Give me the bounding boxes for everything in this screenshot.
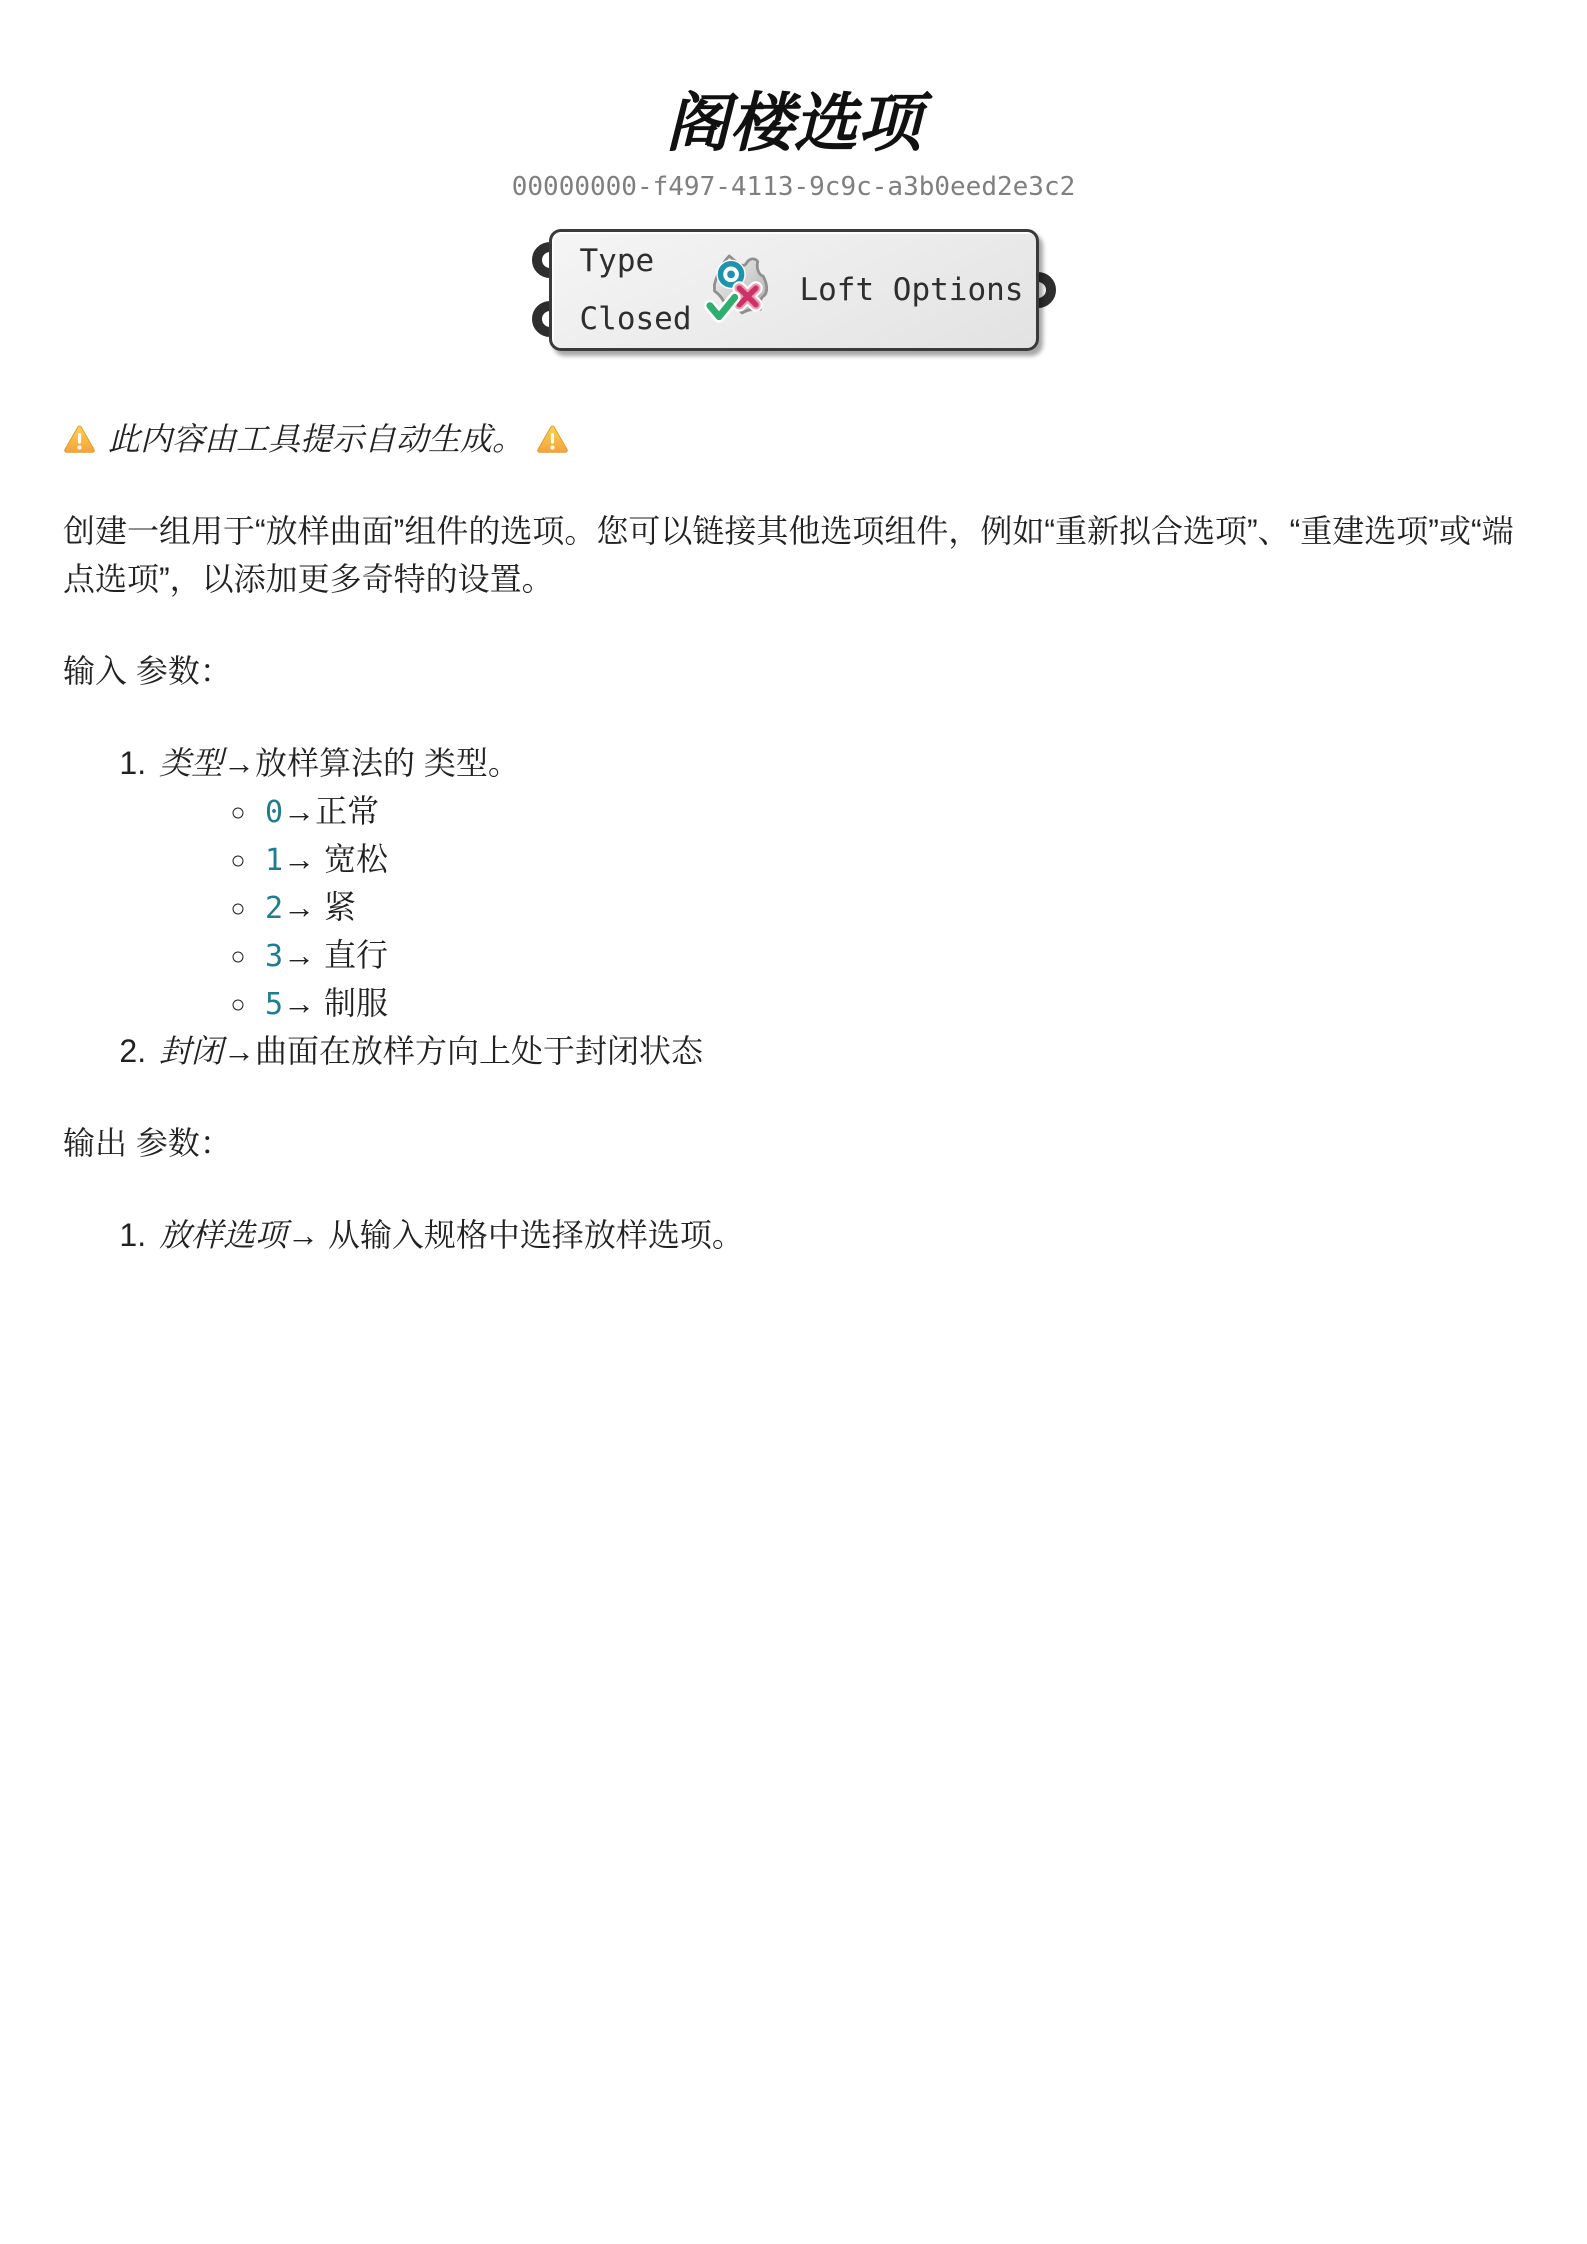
component-description: 创建一组用于“放样曲面”组件的选项。您可以链接其他选项组件，例如“重新拟合选项”… bbox=[63, 507, 1524, 603]
grasshopper-component: Type Closed Loft bbox=[549, 229, 1039, 351]
param-term: 封闭 bbox=[159, 1033, 223, 1069]
input-param-closed: 封闭→曲面在放样方向上处于封闭状态 bbox=[155, 1027, 1524, 1075]
output-params-list: 放样选项→ 从输入规格中选择放样选项。 bbox=[63, 1211, 1524, 1259]
input-params-list: 类型→放样算法的 类型。 0→正常 1→ 宽松 2→ 紧 3→ 直行 5→ 制服… bbox=[63, 739, 1524, 1075]
warning-icon bbox=[536, 423, 569, 456]
option-value: 5 bbox=[265, 987, 283, 1022]
option-item: 5→ 制服 bbox=[259, 979, 1524, 1027]
option-value: 0 bbox=[265, 795, 283, 830]
component-input-labels: Type Closed bbox=[580, 244, 692, 336]
doc-page: 阁楼选项 00000000-f497-4113-9c9c-a3b0eed2e3c… bbox=[0, 88, 1587, 1259]
input-param-type: 类型→放样算法的 类型。 0→正常 1→ 宽松 2→ 紧 3→ 直行 5→ 制服 bbox=[155, 739, 1524, 1027]
option-item: 1→ 宽松 bbox=[259, 835, 1524, 883]
param-term: 类型 bbox=[159, 745, 223, 781]
option-item: 0→正常 bbox=[259, 787, 1524, 835]
param-term: 放样选项 bbox=[159, 1217, 287, 1253]
component-guid: 00000000-f497-4113-9c9c-a3b0eed2e3c2 bbox=[63, 168, 1524, 207]
param-desc: →曲面在放样方向上处于封闭状态 bbox=[223, 1033, 703, 1069]
param-desc: → 从输入规格中选择放样选项。 bbox=[287, 1217, 744, 1253]
auto-generated-notice: 此内容由工具提示自动生成。 bbox=[63, 415, 1524, 463]
option-label: → 制服 bbox=[283, 985, 388, 1021]
component-body: Type Closed Loft bbox=[549, 229, 1039, 351]
option-label: →正常 bbox=[283, 793, 379, 829]
option-label: → 宽松 bbox=[283, 841, 388, 877]
component-figure: Type Closed Loft bbox=[63, 229, 1524, 351]
warning-icon bbox=[63, 423, 96, 456]
output-param-loft-options: 放样选项→ 从输入规格中选择放样选项。 bbox=[155, 1211, 1524, 1259]
option-label: → 紧 bbox=[283, 889, 356, 925]
loft-options-icon bbox=[697, 244, 789, 336]
notice-text: 此内容由工具提示自动生成。 bbox=[108, 415, 524, 463]
option-value: 1 bbox=[265, 843, 283, 878]
page-title: 阁楼选项 bbox=[63, 88, 1524, 158]
option-value: 3 bbox=[265, 939, 283, 974]
option-item: 2→ 紧 bbox=[259, 883, 1524, 931]
component-input-label-type: Type bbox=[580, 244, 692, 278]
param-desc: →放样算法的 类型。 bbox=[223, 745, 520, 781]
option-item: 3→ 直行 bbox=[259, 931, 1524, 979]
option-value: 2 bbox=[265, 891, 283, 926]
inputs-heading: 输入 参数： bbox=[63, 647, 1524, 695]
option-label: → 直行 bbox=[283, 937, 388, 973]
component-name-label: Loft Options bbox=[799, 267, 1023, 314]
type-options-list: 0→正常 1→ 宽松 2→ 紧 3→ 直行 5→ 制服 bbox=[159, 787, 1524, 1027]
outputs-heading: 输出 参数： bbox=[63, 1119, 1524, 1167]
component-input-label-closed: Closed bbox=[580, 302, 692, 336]
